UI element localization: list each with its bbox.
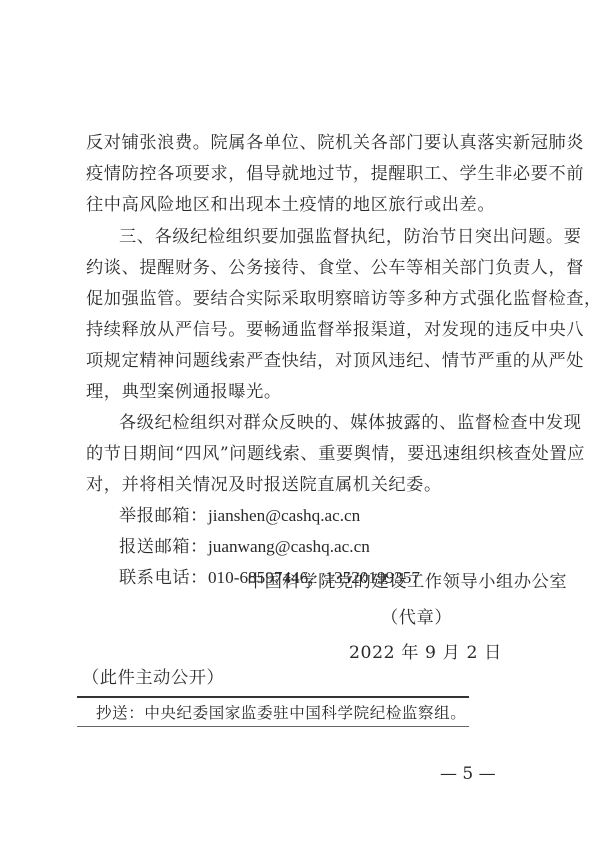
section-three-heading: 三、各级纪检组织要加强监督执纪，防治节日突出问题。要 — [119, 227, 519, 247]
body-line-12: 对，并将相关情况及时报送院直属机关纪委。 — [86, 475, 518, 495]
cc-label: 抄送： — [96, 704, 144, 722]
body-line-11: 的节日期间“四风”问题线索、重要舆情，要迅速组织核查处置应 — [86, 444, 518, 464]
submit-email-link[interactable]: juanwang@cashq.ac.cn — [208, 537, 370, 556]
body-line-5: 约谈、提醒财务、公务接待、食堂、公车等相关部门负责人，督 — [86, 258, 518, 278]
page-number: — 5 — — [440, 764, 496, 784]
seal-note: （代章） — [381, 608, 452, 628]
report-email-row: 举报邮箱：jianshen@cashq.ac.cn — [119, 506, 519, 526]
body-line-7: 持续释放从严信号。要畅通监督举报渠道，对发现的违反中央八 — [86, 320, 518, 340]
body-line-9: 理，典型案例通报曝光。 — [86, 382, 518, 402]
body-line-1: 反对铺张浪费。院属各单位、院机关各部门要认真落实新冠肺炎 — [86, 133, 518, 153]
submit-email-row: 报送邮箱：juanwang@cashq.ac.cn — [119, 537, 519, 557]
body-line-6: 促加强监管。要结合实际采取明察暗访等多种方式强化监督检查， — [86, 289, 518, 309]
body-line-2: 疫情防控各项要求，倡导就地过节，提醒职工、学生非必要不前 — [86, 164, 518, 184]
cc-recipients: 中央纪委国家监委驻中国科学院纪检监察组。 — [144, 704, 466, 722]
disclosure-note: （此件主动公开） — [82, 668, 224, 688]
body-line-8: 项规定精神问题线索严查快结，对顶风违纪、情节严重的从严处 — [86, 351, 518, 371]
body-line-3: 往中高风险地区和出现本土疫情的地区旅行或出差。 — [86, 195, 518, 215]
phone-label: 联系电话： — [119, 568, 208, 588]
report-email-link[interactable]: jianshen@cashq.ac.cn — [208, 506, 360, 525]
cc-row: 抄送：中央纪委国家监委驻中国科学院纪检监察组。 — [96, 703, 466, 723]
submit-email-label: 报送邮箱： — [119, 537, 208, 557]
cc-top-rule — [77, 696, 469, 698]
cc-bottom-rule — [77, 726, 469, 727]
issuer-name: 中国科学院党的建设工作领导小组办公室 — [247, 572, 567, 592]
body-line-10: 各级纪检组织对群众反映的、媒体披露的、监督检查中发现 — [119, 413, 519, 433]
issue-date: 2022 年 9 月 2 日 — [349, 643, 502, 663]
report-email-label: 举报邮箱： — [119, 506, 208, 526]
